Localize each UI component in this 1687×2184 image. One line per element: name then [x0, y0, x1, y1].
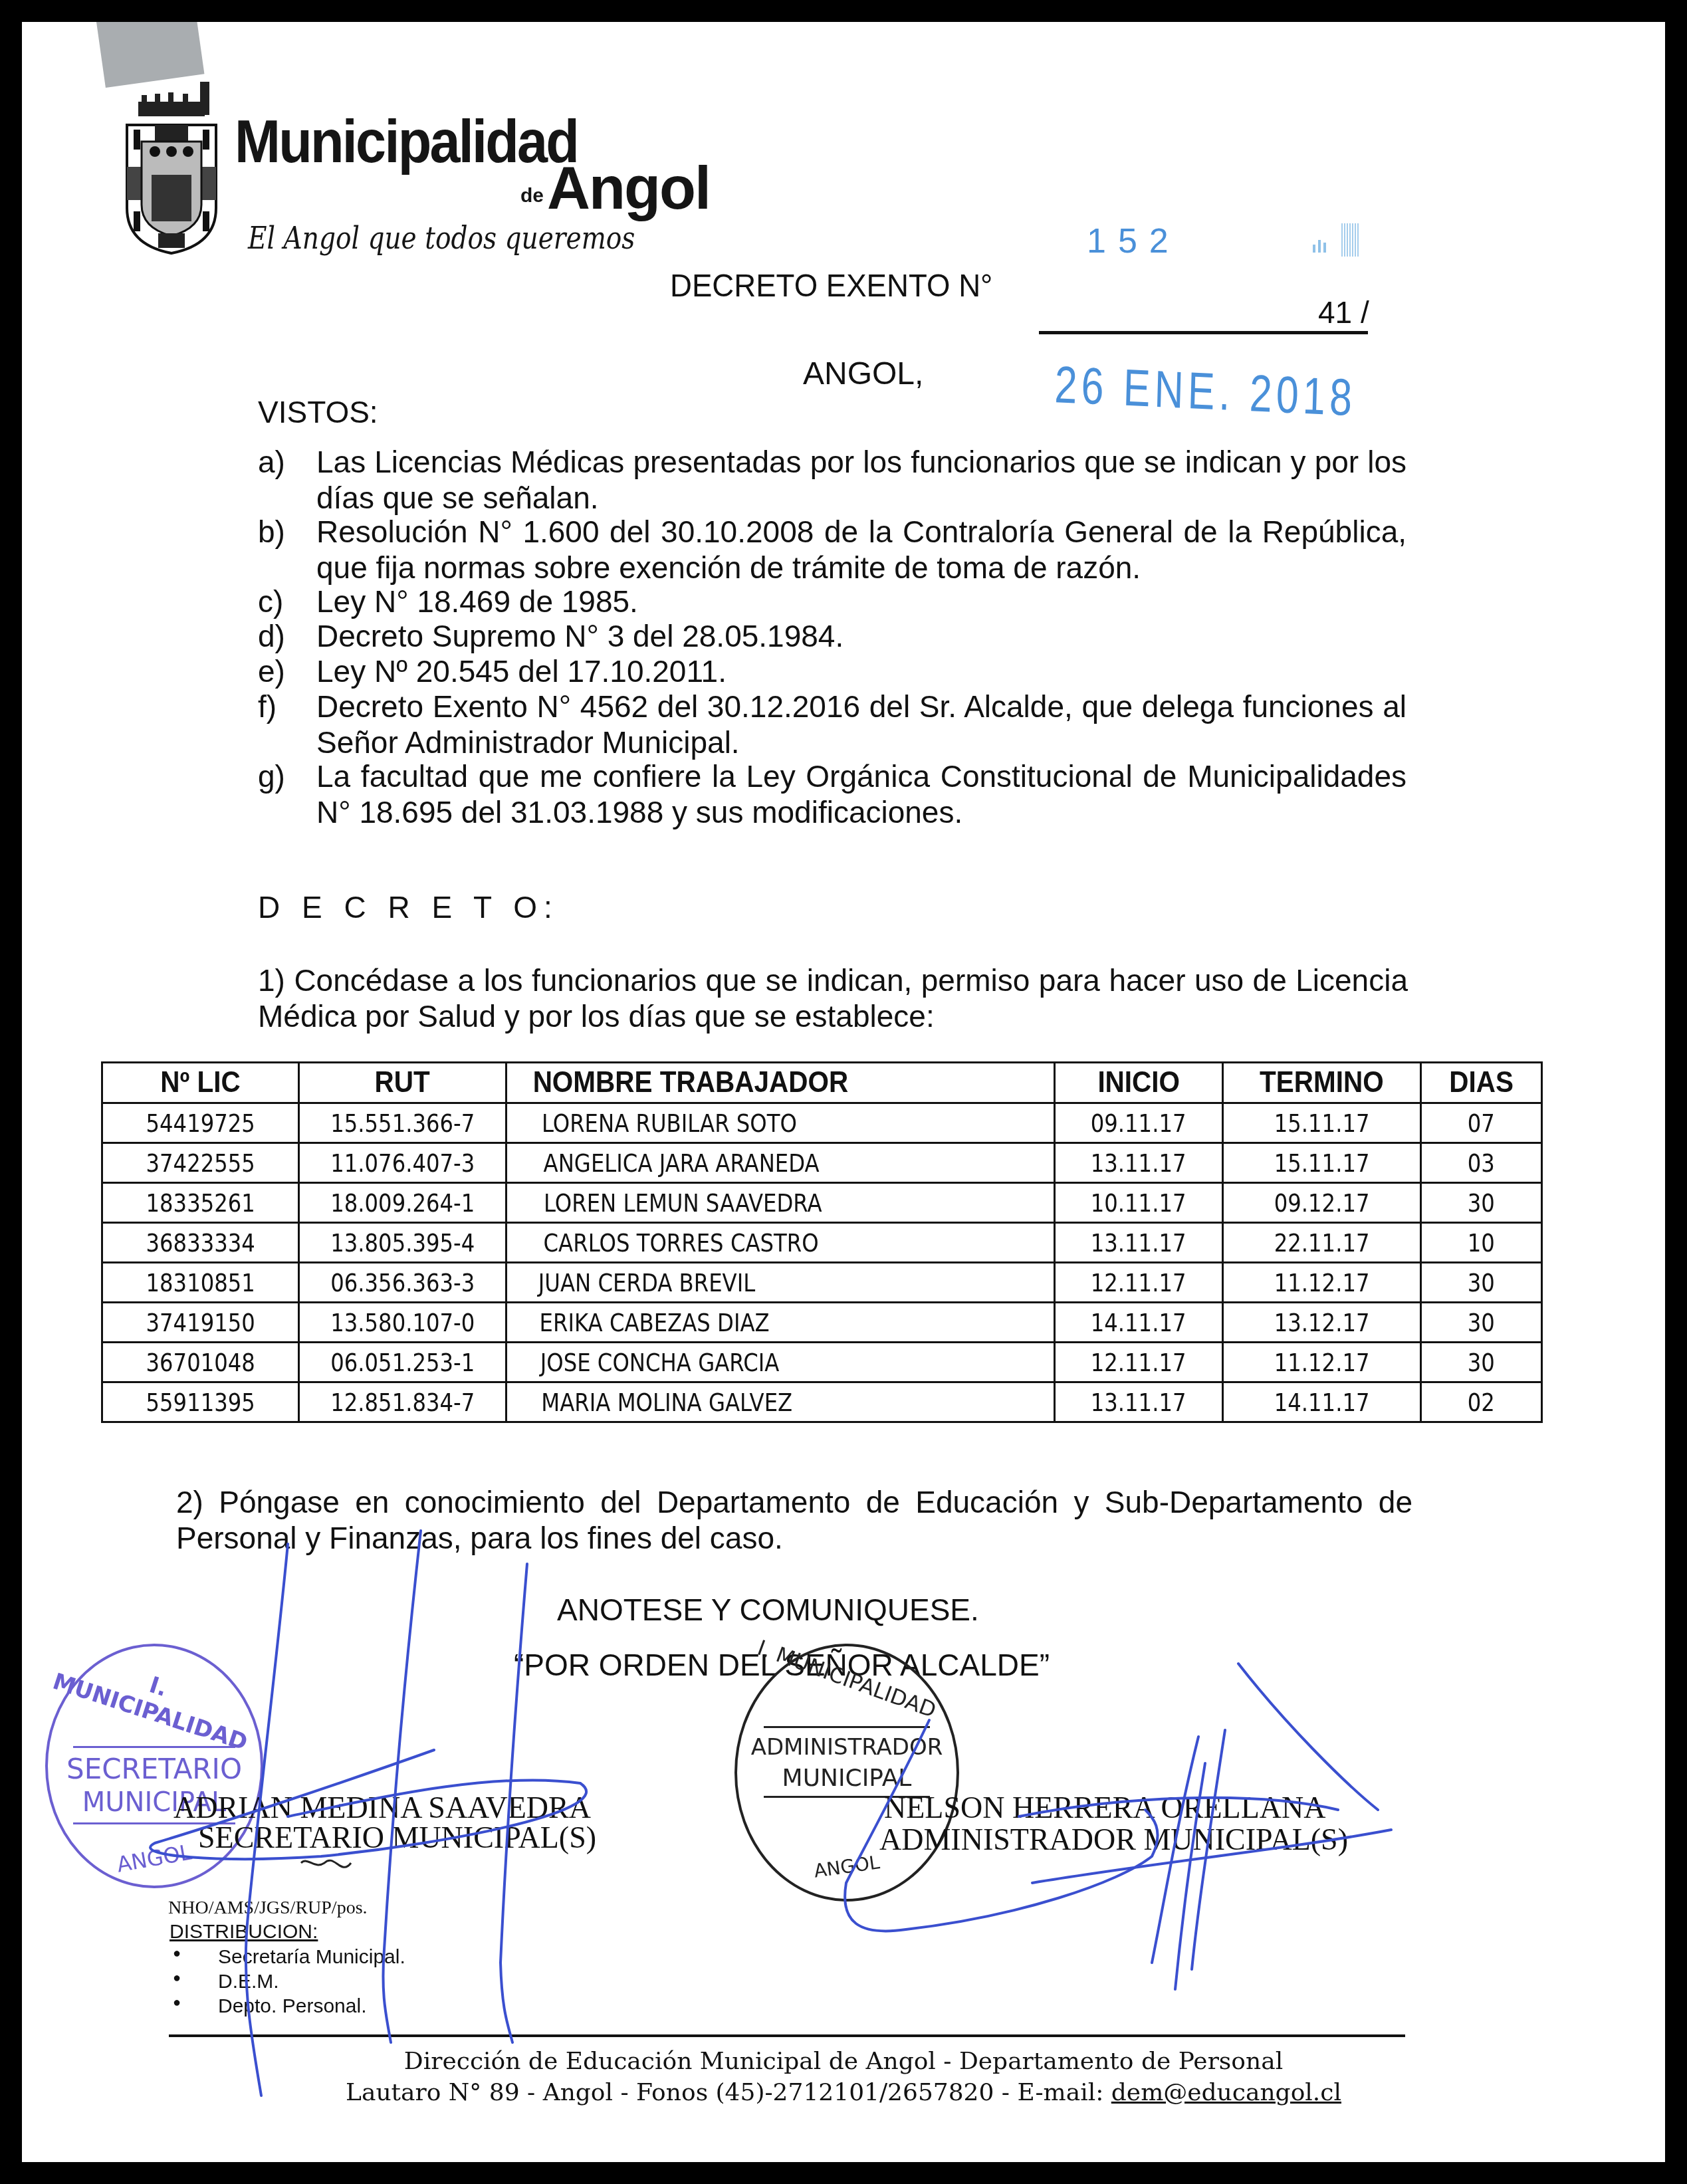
vistos-item-label: f) — [258, 689, 311, 724]
decreto-title: D E C R E T O: — [258, 889, 559, 925]
cell-text: 11.12.17 — [1274, 1348, 1370, 1377]
header-label: DIAS — [1449, 1066, 1514, 1099]
header-label: INICIO — [1097, 1066, 1180, 1099]
header-license-number: Nº LIC — [102, 1063, 299, 1103]
cell-license-number: 55911395 — [102, 1382, 299, 1422]
cell-license-number: 37419150 — [102, 1303, 299, 1343]
cell-text: 06.051.253-1 — [330, 1348, 475, 1377]
cell-text: 37422555 — [146, 1148, 255, 1178]
cell-end-date: 09.12.17 — [1223, 1183, 1421, 1223]
seal-left-line — [73, 1746, 235, 1748]
vistos-item-label: e) — [258, 653, 311, 689]
decreto-point-2: 2) Póngase en conocimiento del Departame… — [176, 1484, 1412, 1556]
cell-text: 12.11.17 — [1091, 1348, 1186, 1377]
cell-text: 10 — [1468, 1228, 1495, 1257]
initials: NHO/AMS/JGS/RUP/pos. — [168, 1898, 368, 1919]
vistos-item-text: Ley N° 18.469 de 1985. — [316, 584, 1406, 619]
distribution-title: DISTRIBUCION: — [169, 1921, 318, 1943]
cell-worker-name: ERIKA CABEZAS DIAZ — [506, 1303, 1055, 1343]
decree-number: 41 / — [1318, 294, 1369, 330]
cell-text: 06.356.363-3 — [330, 1268, 475, 1297]
cell-rut: 18.009.264-1 — [299, 1183, 506, 1223]
cell-end-date: 14.11.17 — [1223, 1382, 1421, 1422]
cell-days: 30 — [1421, 1303, 1542, 1343]
stamp-number: 152 — [1087, 221, 1181, 261]
cell-rut: 15.551.366-7 — [299, 1103, 506, 1143]
cell-days: 30 — [1421, 1183, 1542, 1223]
cell-text: 13.11.17 — [1091, 1148, 1186, 1178]
cell-end-date: 15.11.17 — [1223, 1143, 1421, 1183]
document-page: Municipalidad de Angol El Angol que todo… — [22, 22, 1665, 2162]
cell-text: 09.12.17 — [1274, 1188, 1370, 1218]
distribution-item: Secretaría Municipal. — [168, 1946, 405, 1971]
cell-license-number: 54419725 — [102, 1103, 299, 1143]
cell-end-date: 11.12.17 — [1223, 1263, 1421, 1303]
cell-end-date: 11.12.17 — [1223, 1343, 1421, 1382]
cell-text: 12.11.17 — [1091, 1268, 1186, 1297]
cell-text: 22.11.17 — [1274, 1228, 1370, 1257]
cell-license-number: 18310851 — [102, 1263, 299, 1303]
cell-text: ERIKA CABEZAS DIAZ — [540, 1308, 770, 1337]
city-label: ANGOL, — [803, 356, 923, 392]
cell-license-number: 36833334 — [102, 1223, 299, 1263]
logo-de: de — [520, 185, 544, 207]
cell-start-date: 13.11.17 — [1055, 1382, 1223, 1422]
cell-text: LOREN LEMUN SAAVEDRA — [544, 1188, 822, 1218]
footer-email-link[interactable]: dem@educangol.cl — [1111, 2079, 1341, 2106]
cell-text: ANGELICA JARA ARANEDA — [544, 1148, 820, 1178]
distribution-item: D.E.M. — [168, 1971, 405, 1995]
tape-scrap — [96, 22, 204, 88]
header-label: Nº LIC — [160, 1066, 240, 1099]
cell-worker-name: LORENA RUBILAR SOTO — [506, 1103, 1055, 1143]
cell-text: 18335261 — [146, 1188, 255, 1218]
header-label: NOMBRE TRABAJADOR — [533, 1066, 849, 1099]
cell-start-date: 09.11.17 — [1055, 1103, 1223, 1143]
cell-start-date: 10.11.17 — [1055, 1183, 1223, 1223]
vistos-title: VISTOS: — [258, 394, 378, 430]
cell-text: 30 — [1468, 1308, 1495, 1337]
seal-right-line2: MUNICIPAL — [737, 1765, 956, 1792]
coat-of-arms-icon — [122, 82, 221, 255]
distribution-list: Secretaría Municipal.D.E.M.Depto. Person… — [168, 1946, 405, 2020]
cell-days: 07 — [1421, 1103, 1542, 1143]
distribution-item: Depto. Personal. — [168, 1995, 405, 2020]
cell-days: 30 — [1421, 1343, 1542, 1382]
vistos-item-text: Resolución N° 1.600 del 30.10.2008 de la… — [316, 514, 1406, 586]
cell-text: 13.580.107-0 — [330, 1308, 475, 1337]
cell-text: 13.11.17 — [1091, 1228, 1186, 1257]
cell-worker-name: MARIA MOLINA GALVEZ — [506, 1382, 1055, 1422]
stamp-mark-icon — [1311, 228, 1331, 255]
cell-text: 14.11.17 — [1091, 1308, 1186, 1337]
cell-days: 30 — [1421, 1263, 1542, 1303]
seal-right-line — [764, 1726, 931, 1728]
cell-days: 10 — [1421, 1223, 1542, 1263]
cell-rut: 13.805.395-4 — [299, 1223, 506, 1263]
footer-address: Lautaro N° 89 - Angol - Fonos (45)-27121… — [346, 2079, 1111, 2106]
table-row: 3670104806.051.253-1JOSE CONCHA GARCIA12… — [102, 1343, 1542, 1382]
signatory-right-name: NELSON HERRERA ORELLANA — [884, 1790, 1325, 1825]
cell-text: MARIA MOLINA GALVEZ — [541, 1388, 792, 1417]
footer-line-1: Dirección de Educación Municipal de Ango… — [22, 2048, 1665, 2075]
stamp-barcode-icon — [1341, 223, 1359, 257]
seal-administrador: I. MUNICIPALIDAD ADMINISTRADOR MUNICIPAL… — [734, 1644, 959, 1902]
footer-divider — [169, 2034, 1405, 2037]
cell-text: 36701048 — [146, 1348, 255, 1377]
cell-text: 30 — [1468, 1268, 1495, 1297]
cell-text: 55911395 — [146, 1388, 255, 1417]
vistos-item-text: La facultad que me confiere la Ley Orgán… — [316, 758, 1406, 830]
cell-text: 10.11.17 — [1091, 1188, 1186, 1218]
cell-start-date: 12.11.17 — [1055, 1343, 1223, 1382]
signatory-right-role: ADMINISTRADOR MUNICIPAL(S) — [879, 1822, 1348, 1857]
cell-text: 15.11.17 — [1274, 1109, 1370, 1138]
cell-worker-name: ANGELICA JARA ARANEDA — [506, 1143, 1055, 1183]
vistos-item-label: d) — [258, 618, 311, 654]
table-row: 3742255511.076.407-3ANGELICA JARA ARANED… — [102, 1143, 1542, 1183]
cell-text: 37419150 — [146, 1308, 255, 1337]
cell-license-number: 18335261 — [102, 1183, 299, 1223]
cell-text: 15.551.366-7 — [330, 1109, 475, 1138]
cell-rut: 11.076.407-3 — [299, 1143, 506, 1183]
cell-text: JUAN CERDA BREVIL — [538, 1268, 755, 1297]
table-header-row: Nº LICRUTNOMBRE TRABAJADORINICIOTERMINOD… — [102, 1063, 1542, 1103]
cell-end-date: 13.12.17 — [1223, 1303, 1421, 1343]
cell-text: 07 — [1468, 1109, 1495, 1138]
cell-text: 14.11.17 — [1274, 1388, 1370, 1417]
cell-days: 02 — [1421, 1382, 1542, 1422]
header-start-date: INICIO — [1055, 1063, 1223, 1103]
table-row: 3741915013.580.107-0ERIKA CABEZAS DIAZ14… — [102, 1303, 1542, 1343]
vistos-item-label: c) — [258, 584, 311, 619]
cell-start-date: 13.11.17 — [1055, 1143, 1223, 1183]
cell-rut: 06.356.363-3 — [299, 1263, 506, 1303]
vistos-item-label: b) — [258, 514, 311, 550]
table-row: 1833526118.009.264-1LOREN LEMUN SAAVEDRA… — [102, 1183, 1542, 1223]
vistos-item-text: Las Licencias Médicas presentadas por lo… — [316, 444, 1406, 516]
header-label: TERMINO — [1260, 1066, 1384, 1099]
header-worker-name: NOMBRE TRABAJADOR — [506, 1063, 1055, 1103]
cell-text: 30 — [1468, 1188, 1495, 1218]
table-body: 5441972515.551.366-7LORENA RUBILAR SOTO0… — [102, 1103, 1542, 1422]
seal-right-line1: ADMINISTRADOR — [737, 1734, 956, 1761]
cell-worker-name: JOSE CONCHA GARCIA — [506, 1343, 1055, 1382]
license-table: Nº LICRUTNOMBRE TRABAJADORINICIOTERMINOD… — [101, 1061, 1543, 1423]
logo-tagline: El Angol que todos queremos — [248, 220, 635, 256]
header-end-date: TERMINO — [1223, 1063, 1421, 1103]
table-row: 1831085106.356.363-3JUAN CERDA BREVIL12.… — [102, 1263, 1542, 1303]
anotese-text: ANOTESE Y COMUNIQUESE. — [557, 1592, 979, 1628]
cell-text: 36833334 — [146, 1228, 255, 1257]
cell-text: 15.11.17 — [1274, 1148, 1370, 1178]
cell-text: LORENA RUBILAR SOTO — [542, 1109, 797, 1138]
cell-text: JOSE CONCHA GARCIA — [540, 1348, 780, 1377]
header-label: RUT — [375, 1066, 430, 1099]
cell-text: 03 — [1468, 1148, 1495, 1178]
date-stamp: 26 ENE. 2018 — [1054, 354, 1357, 428]
logo-city: Angol — [547, 155, 710, 223]
cell-text: 11.076.407-3 — [330, 1148, 475, 1178]
table-row: 3683333413.805.395-4CARLOS TORRES CASTRO… — [102, 1223, 1542, 1263]
vistos-item-text: Ley Nº 20.545 del 17.10.2011. — [316, 653, 1406, 689]
seal-right-top: I. MUNICIPALIDAD — [739, 1630, 954, 1729]
cell-text: CARLOS TORRES CASTRO — [544, 1228, 819, 1257]
cell-worker-name: LOREN LEMUN SAAVEDRA — [506, 1183, 1055, 1223]
decree-underline — [1039, 331, 1368, 334]
vistos-item-label: a) — [258, 444, 311, 480]
table-row: 5441972515.551.366-7LORENA RUBILAR SOTO0… — [102, 1103, 1542, 1143]
vistos-item-text: Decreto Supremo N° 3 del 28.05.1984. — [316, 618, 1406, 654]
decree-label: DECRETO EXENTO N° — [670, 268, 992, 304]
logo-title: Municipalidad — [235, 108, 578, 177]
cell-text: 18.009.264-1 — [330, 1188, 475, 1218]
table-row: 5591139512.851.834-7MARIA MOLINA GALVEZ1… — [102, 1382, 1542, 1422]
cell-text: 18310851 — [146, 1268, 255, 1297]
cell-text: 13.805.395-4 — [330, 1228, 475, 1257]
cell-rut: 06.051.253-1 — [299, 1343, 506, 1382]
cell-end-date: 15.11.17 — [1223, 1103, 1421, 1143]
cell-days: 03 — [1421, 1143, 1542, 1183]
cell-text: 09.11.17 — [1091, 1109, 1186, 1138]
header-days: DIAS — [1421, 1063, 1542, 1103]
cell-text: 13.12.17 — [1274, 1308, 1370, 1337]
cell-text: 13.11.17 — [1091, 1388, 1186, 1417]
cell-text: 02 — [1468, 1388, 1495, 1417]
cell-license-number: 36701048 — [102, 1343, 299, 1382]
cell-text: 11.12.17 — [1274, 1268, 1370, 1297]
decreto-point-1: 1) Concédase a los funcionarios que se i… — [258, 962, 1408, 1034]
signatory-left-role: SECRETARIO MUNICIPAL(S) — [198, 1820, 596, 1855]
cell-rut: 13.580.107-0 — [299, 1303, 506, 1343]
vistos-item-text: Decreto Exento N° 4562 del 30.12.2016 de… — [316, 689, 1406, 760]
cell-text: 54419725 — [146, 1109, 255, 1138]
cell-text: 30 — [1468, 1348, 1495, 1377]
vistos-item-label: g) — [258, 758, 311, 794]
seal-left-line1: SECRETARIO — [48, 1753, 261, 1785]
cell-rut: 12.851.834-7 — [299, 1382, 506, 1422]
cell-start-date: 12.11.17 — [1055, 1263, 1223, 1303]
cell-worker-name: JUAN CERDA BREVIL — [506, 1263, 1055, 1303]
seal-left-top: I. MUNICIPALIDAD — [45, 1642, 263, 1758]
cell-license-number: 37422555 — [102, 1143, 299, 1183]
cell-worker-name: CARLOS TORRES CASTRO — [506, 1223, 1055, 1263]
cell-start-date: 14.11.17 — [1055, 1303, 1223, 1343]
cell-text: 12.851.834-7 — [330, 1388, 475, 1417]
footer-line-2: Lautaro N° 89 - Angol - Fonos (45)-27121… — [22, 2079, 1665, 2106]
header-rut: RUT — [299, 1063, 506, 1103]
cell-start-date: 13.11.17 — [1055, 1223, 1223, 1263]
cell-end-date: 22.11.17 — [1223, 1223, 1421, 1263]
